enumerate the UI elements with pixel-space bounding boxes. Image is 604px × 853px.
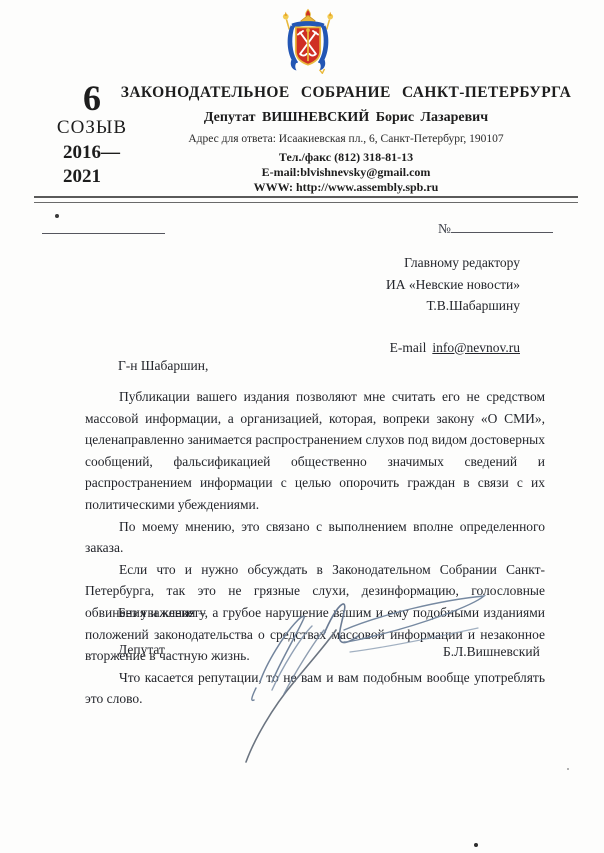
date-blank-line: [42, 233, 165, 234]
closing-phrase: Без уважения –: [118, 605, 205, 621]
handwritten-signature: [232, 590, 504, 775]
reply-address: Адрес для ответа: Исаакиевская пл., 6, С…: [104, 133, 588, 146]
letterhead: ЗАКОНОДАТЕЛЬНОЕ СОБРАНИЕ САНКТ-ПЕТЕРБУРГ…: [104, 84, 588, 194]
website-line: WWW: http://www.assembly.spb.ru: [104, 181, 588, 194]
document-number-field: №: [438, 218, 553, 237]
scanned-letter-page: 6 СОЗЫВ 2016— 2021 ЗАКОНОДАТЕЛЬНОЕ СОБРА…: [0, 0, 604, 853]
number-sign: №: [438, 221, 451, 236]
letterhead-divider: [34, 196, 578, 203]
scan-speck: [474, 843, 478, 847]
paragraph-2: По моему мнению, это связано с выполнени…: [85, 516, 545, 559]
salutation: Г-н Шабаршин,: [118, 358, 208, 374]
addressee-person: Т.В.Шабаршину: [386, 295, 520, 317]
addressee-block: Главному редактору ИА «Невские новости» …: [386, 252, 520, 358]
number-blank-line: [451, 218, 553, 233]
paragraph-1: Публикации вашего издания позволяют мне …: [85, 386, 545, 516]
addressee-email-label: E-mail: [390, 340, 427, 355]
scan-speck: [567, 768, 569, 770]
addressee-organization: ИА «Невские новости»: [386, 274, 520, 296]
addressee-role: Главному редактору: [386, 252, 520, 274]
signer-title: Депутат: [118, 642, 165, 658]
phone-fax-line: Тел./факс (812) 318-81-13: [104, 151, 588, 164]
coat-of-arms-icon: [270, 8, 346, 74]
organization-name: ЗАКОНОДАТЕЛЬНОЕ СОБРАНИЕ САНКТ-ПЕТЕРБУРГ…: [104, 84, 588, 102]
deputy-name-line: Депутат ВИШНЕВСКИЙ Борис Лазаревич: [104, 110, 588, 126]
scan-speck: [55, 214, 59, 218]
email-line: E-mail:blvishnevsky@gmail.com: [104, 166, 588, 179]
addressee-email-address: info@nevnov.ru: [432, 340, 520, 355]
